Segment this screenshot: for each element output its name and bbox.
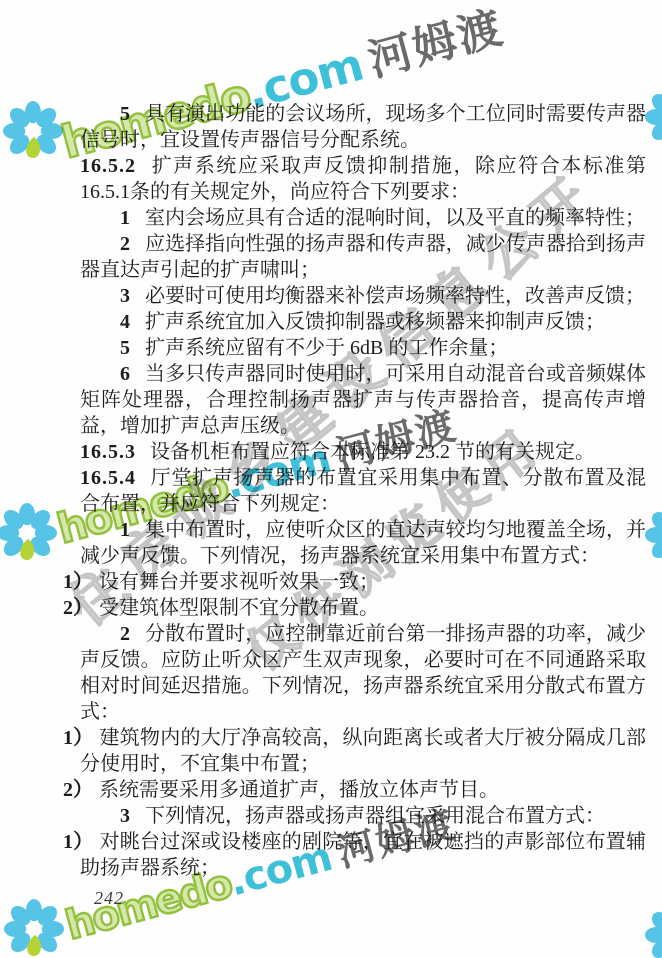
item-number: 1） [63,571,93,593]
item-number: 1 [120,207,130,229]
homedo-flower-icon [0,502,58,564]
item-number: 2 [120,623,130,645]
paragraph-text: 扩声系统应留有不少于 6dB 的工作余量； [145,337,508,359]
item-number: 2） [63,597,93,619]
paragraph: 1集中布置时，应使听众区的直达声较均匀地覆盖全场，并减少声反馈。下列情况，扬声器… [80,517,646,569]
paragraph-text: 厅堂扩声扬声器的布置宜采用集中布置、分散布置及混合布置，并应符合下列规定： [80,467,646,515]
paragraph-text: 受建筑体型限制不宜分散布置。 [99,597,379,619]
document-page: 住房城乡建设信息公开 仅供浏览使用 homedo.com河姆渡 homedo.c… [0,0,662,958]
paragraph: 1）建筑物内的大厅净高较高，纵向距离长或者大厅被分隔成几部分使用时，不宜集中布置… [80,725,646,777]
paragraph: 3下列情况，扬声器或扬声器组宜采用混合布置方式： [80,803,646,829]
item-number: 16.5.2 [80,155,136,177]
homedo-flower-icon [2,100,64,162]
paragraph-text: 设备机柜布置应符合本标准第 23.2 节的有关规定。 [150,441,595,463]
item-number: 1） [63,831,94,853]
item-number: 1） [63,727,94,749]
paragraph: 5具有演出功能的会议场所，现场多个工位同时需要传声器信号时，宜设置传声器信号分配… [80,101,646,153]
standard-text-block: 5具有演出功能的会议场所，现场多个工位同时需要传声器信号时，宜设置传声器信号分配… [80,101,646,881]
homedo-flower-icon [3,898,65,958]
item-number: 2 [120,233,130,255]
paragraph: 1）对眺台过深或设楼座的剧院等，宜在被遮挡的声影部位布置辅助扬声器系统； [80,829,646,881]
paragraph: 2应选择指向性强的扬声器和传声器，减少传声器拾到扬声器直达声引起的扩声啸叫； [80,231,646,283]
homedo-flower-icon [644,86,662,148]
paragraph-text: 应选择指向性强的扬声器和传声器，减少传声器拾到扬声器直达声引起的扩声啸叫； [80,233,646,281]
paragraph-text: 集中布置时，应使听众区的直达声较均匀地覆盖全场，并减少声反馈。下列情况，扬声器系… [80,519,646,567]
item-number: 6 [120,363,130,385]
paragraph-text: 扩声系统宜加入反馈抑制器或移频器来抑制声反馈； [145,311,605,333]
homedo-flower-icon [644,504,662,566]
paragraph: 4扩声系统宜加入反馈抑制器或移频器来抑制声反馈； [80,309,646,335]
item-number: 1 [120,519,130,541]
paragraph: 2分散布置时，应控制靠近前台第一排扬声器的功率，减少声反馈。应防止听众区产生双声… [80,621,646,725]
paragraph: 1）设有舞台并要求视听效果一致； [80,569,646,595]
homedo-flower-icon [644,904,662,958]
paragraph: 2）受建筑体型限制不宜分散布置。 [80,595,646,621]
paragraph-text: 建筑物内的大厅净高较高，纵向距离长或者大厅被分隔成几部分使用时，不宜集中布置； [80,727,646,775]
item-number: 16.5.4 [80,467,136,489]
paragraph-text: 具有演出功能的会议场所，现场多个工位同时需要传声器信号时，宜设置传声器信号分配系… [80,103,646,151]
paragraph-text: 设有舞台并要求视听效果一致； [99,571,379,593]
item-number: 3 [120,285,130,307]
paragraph-text: 室内会场应具有合适的混响时间，以及平直的频率特性； [145,207,645,229]
paragraph-text: 分散布置时，应控制靠近前台第一排扬声器的功率，减少声反馈。应防止听众区产生双声现… [80,623,646,723]
paragraph: 2）系统需要采用多通道扩声，播放立体声节目。 [80,777,646,803]
brand-word-chinese: 河姆渡 [363,2,509,87]
paragraph: 16.5.3设备机柜布置应符合本标准第 23.2 节的有关规定。 [80,439,646,465]
page-number: 242 [94,888,124,909]
item-number: 3 [120,805,130,827]
paragraph-text: 下列情况，扬声器或扬声器组宜采用混合布置方式： [145,805,605,827]
paragraph-text: 扩声系统应采取声反馈抑制措施，除应符合本标准第16.5.1条的有关规定外，尚应符… [80,155,646,203]
item-number: 2） [63,779,93,801]
paragraph-text: 当多只传声器同时使用时，可采用自动混音台或音频媒体矩阵处理器，合理控制扬声器扩声… [80,363,646,437]
paragraph: 6当多只传声器同时使用时，可采用自动混音台或音频媒体矩阵处理器，合理控制扬声器扩… [80,361,646,439]
paragraph: 3必要时可使用均衡器来补偿声场频率特性，改善声反馈； [80,283,646,309]
paragraph: 16.5.4厅堂扩声扬声器的布置宜采用集中布置、分散布置及混合布置，并应符合下列… [80,465,646,517]
paragraph-text: 系统需要采用多通道扩声，播放立体声节目。 [99,779,499,801]
item-number: 5 [120,103,130,125]
item-number: 4 [120,311,130,333]
paragraph-text: 对眺台过深或设楼座的剧院等，宜在被遮挡的声影部位布置辅助扬声器系统； [80,831,646,879]
paragraph: 16.5.2扩声系统应采取声反馈抑制措施，除应符合本标准第16.5.1条的有关规… [80,153,646,205]
item-number: 5 [120,337,130,359]
paragraph: 1室内会场应具有合适的混响时间，以及平直的频率特性； [80,205,646,231]
item-number: 16.5.3 [80,441,136,463]
paragraph: 5扩声系统应留有不少于 6dB 的工作余量； [80,335,646,361]
paragraph-text: 必要时可使用均衡器来补偿声场频率特性，改善声反馈； [145,285,645,307]
